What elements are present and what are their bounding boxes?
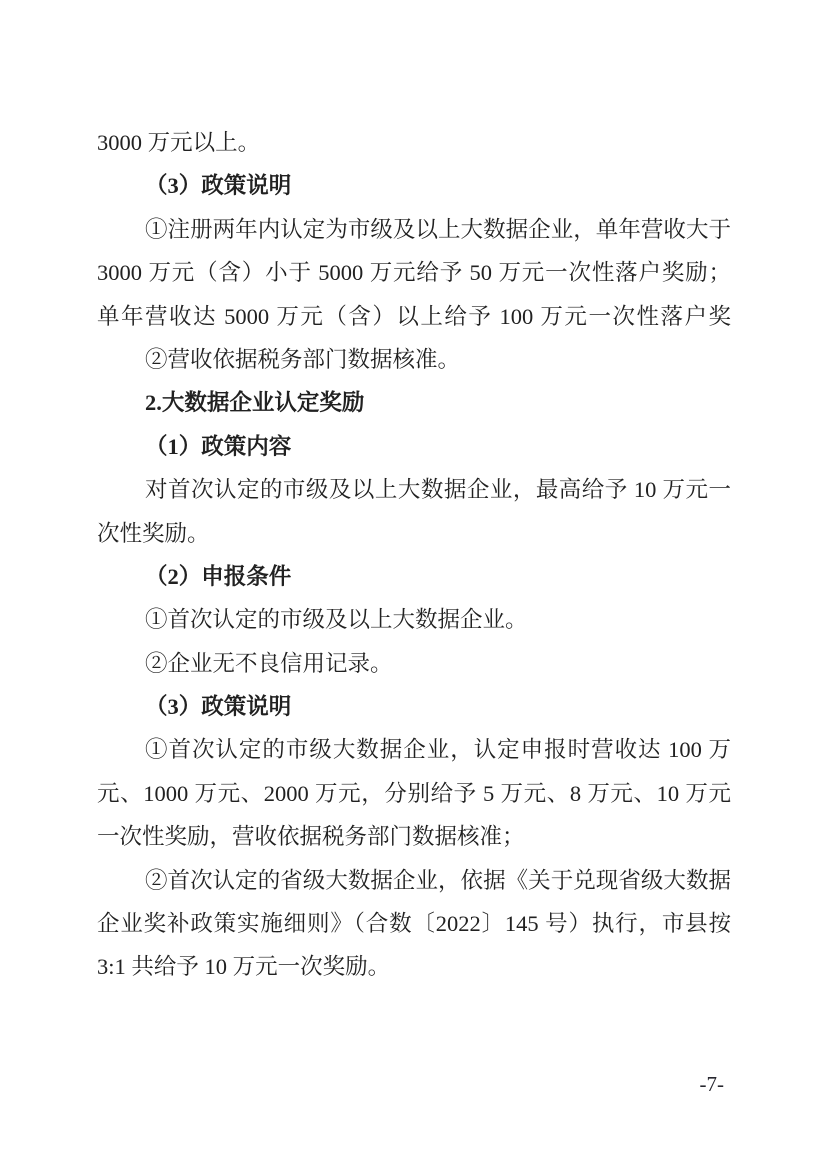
text-line: 3000 万元（含）小于 5000 万元给予 50 万元一次性落户奖励； [97, 251, 731, 294]
text-line: ①首次认定的市级大数据企业，认定申报时营收达 100 万 [97, 728, 731, 771]
heading-line: （3）政策说明 [97, 685, 731, 728]
page-number: -7- [700, 1063, 725, 1106]
text-line: 元、1000 万元、2000 万元，分别给予 5 万元、8 万元、10 万元 [97, 772, 731, 815]
text-line: 企业奖补政策实施细则》（合数〔2022〕145 号）执行，市县按 [97, 902, 731, 945]
text-line: 3000 万元以上。 [97, 121, 731, 164]
heading-line: 2.大数据企业认定奖励 [97, 381, 731, 424]
heading-line: （1）政策内容 [97, 425, 731, 468]
document-page: 3000 万元以上。（3）政策说明①注册两年内认定为市级及以上大数据企业，单年营… [0, 0, 826, 1169]
text-line: 一次性奖励，营收依据税务部门数据核准； [97, 815, 731, 858]
document-content: 3000 万元以上。（3）政策说明①注册两年内认定为市级及以上大数据企业，单年营… [97, 121, 731, 989]
text-line: ②企业无不良信用记录。 [97, 642, 731, 685]
text-line: 对首次认定的市级及以上大数据企业，最高给予 10 万元一 [97, 468, 731, 511]
text-line: ①注册两年内认定为市级及以上大数据企业，单年营收大于 [97, 208, 731, 251]
text-line: ①首次认定的市级及以上大数据企业。 [97, 598, 731, 641]
heading-line: （3）政策说明 [97, 164, 731, 207]
text-line: ②首次认定的省级大数据企业，依据《关于兑现省级大数据 [97, 859, 731, 902]
text-line: ②营收依据税务部门数据核准。 [97, 338, 731, 381]
text-line: 3:1 共给予 10 万元一次奖励。 [97, 945, 731, 988]
text-line: 次性奖励。 [97, 512, 731, 555]
text-line: 单年营收达 5000 万元（含）以上给予 100 万元一次性落户奖励。 [97, 295, 731, 338]
heading-line: （2）申报条件 [97, 555, 731, 598]
